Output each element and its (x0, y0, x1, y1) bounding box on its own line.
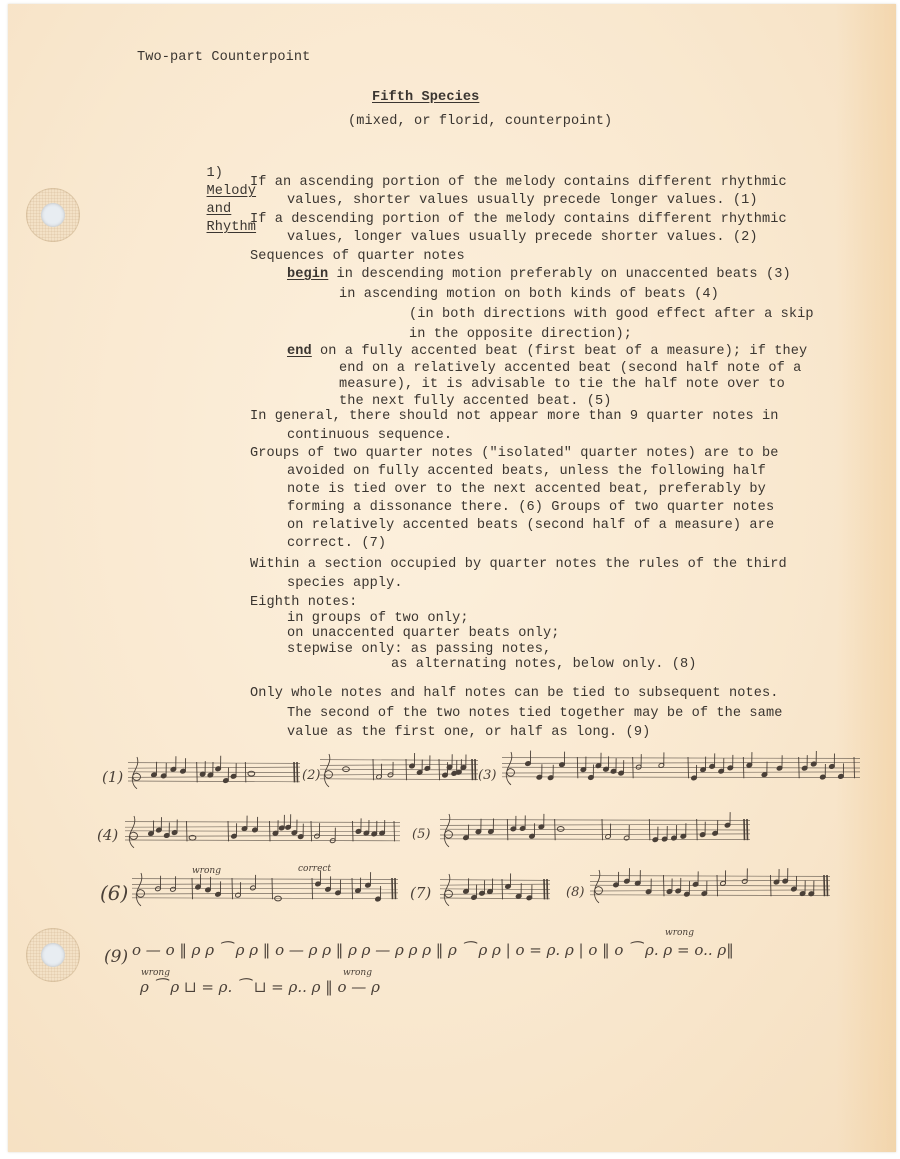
staff (128, 756, 300, 789)
staff (590, 868, 830, 903)
treble-clef-icon (444, 814, 452, 847)
example-label: (3) (478, 768, 496, 783)
staff (502, 751, 860, 785)
treble-clef-icon (136, 873, 144, 906)
example-label: (9) (104, 947, 128, 967)
example-label: (2) (302, 768, 320, 783)
annotation-wrong-correct: wrong (141, 968, 170, 978)
treble-clef-icon (129, 816, 137, 848)
annotation-wrong-correct: wrong (343, 968, 372, 978)
example-label: (5) (412, 827, 430, 842)
annotation-wrong-correct: wrong (192, 866, 221, 876)
rhythm-example-line: ρ ⁀ ρ ⊔ = ρ. ⁀ ⊔ = ρ.. ρ ‖ o — ρ (139, 978, 380, 996)
rhythm-example-line: o — o ‖ ρ ρ ⁀ ρ ρ ‖ o — ρ ρ ‖ ρ ρ — ρ ρ … (132, 941, 734, 959)
example-label: (7) (410, 884, 431, 902)
staff (440, 873, 550, 905)
treble-clef-icon (324, 754, 332, 787)
staff (132, 871, 398, 906)
annotation-wrong-correct: wrong (665, 928, 694, 938)
treble-clef-icon (132, 757, 140, 789)
example-label: (4) (97, 826, 118, 844)
staff (440, 812, 750, 847)
staff (320, 753, 478, 787)
treble-clef-icon (506, 752, 514, 785)
example-label: (6) (100, 881, 128, 905)
music-examples: (1)(2)(3)(4)(5)(6)wrongcorrect(7)(8)(9)o… (0, 0, 900, 1159)
staff (125, 814, 400, 847)
example-label: (1) (102, 768, 123, 786)
treble-clef-icon (444, 874, 452, 906)
example-label: (8) (566, 885, 584, 900)
treble-clef-icon (594, 870, 602, 903)
annotation-wrong-correct: correct (298, 864, 331, 874)
